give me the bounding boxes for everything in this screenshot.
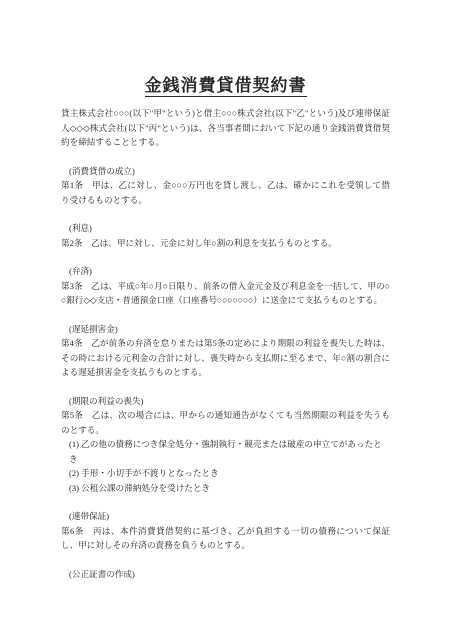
section-heading: (遅延損害金) [61,322,390,337]
section-repayment: (弁済) 第3条 乙は、平成○年○月○日限り、前条の借入金元金及び利息金を一括し… [61,264,390,308]
section-heading: (利息) [61,221,390,236]
clause-paragraph: 第2条 乙は、甲に対し、元金に対し年○割の利息を支払うものとする。 [61,236,390,251]
section-late-payment-damages: (遅延損害金) 第4条 乙が前条の弁済を怠りまたは第5条の定めにより期限の利益を… [61,322,390,380]
section-forfeiture-of-term-benefit: (期限の利益の喪失) 第5条 乙は、次の場合には、甲からの通知通告がなくても当然… [61,394,390,496]
clause-paragraph: 第6条 丙は、本件消費貸借契約に基づき、乙が負担する一切の債務について保証し、甲… [61,524,390,553]
section-heading: (期限の利益の喪失) [61,394,390,409]
section-joint-guarantee: (連帯保証) 第6条 丙は、本件消費貸借契約に基づき、乙が負担する一切の債務につ… [61,509,390,553]
clause-paragraph: 第1条 甲は、乙に対し、金○○○万円也を貸し渡し、乙は、確かにこれを受領して借り… [61,178,390,207]
clause-paragraph: 第5条 乙は、次の場合には、甲からの通知通告がなくても当然期限の利益を失うものと… [61,408,390,437]
section-notarial-deed: (公正証書の作成) [61,567,390,582]
section-heading: (弁済) [61,264,390,279]
document-title-text: 金銭消費貸借契約書 [145,76,307,97]
section-heading: (消費貸借の成立) [61,164,390,179]
clause-item: (3) 公租公課の滞納処分を受けたとき [61,481,390,496]
clause-paragraph: 第3条 乙は、平成○年○月○日限り、前条の借入金元金及び利息金を一括して、甲の○… [61,279,390,308]
contract-document-page: 金銭消費貸借契約書 貸主株式会社○○○(以下"甲"という)と借主○○○株式会社(… [0,0,450,636]
clause-item: (1) 乙の他の債務につき保全処分・強制執行・競売または破産の申立てがあったとき [61,437,390,466]
clause-item: (2) 手形・小切手が不渡りとなったとき [61,466,390,481]
section-heading: (連帯保証) [61,509,390,524]
section-heading: (公正証書の作成) [61,567,390,582]
intro-paragraph: 貸主株式会社○○○(以下"甲"という)と借主○○○株式会社(以下"乙"という)及… [61,106,390,150]
section-interest: (利息) 第2条 乙は、甲に対し、元金に対し年○割の利息を支払うものとする。 [61,221,390,250]
document-content: 金銭消費貸借契約書 貸主株式会社○○○(以下"甲"という)と借主○○○株式会社(… [61,74,390,581]
clause-paragraph: 第4条 乙が前条の弁済を怠りまたは第5条の定めにより期限の利益を喪失した時は、そ… [61,336,390,380]
document-title: 金銭消費貸借契約書 [61,74,390,98]
section-consumption-loan-formation: (消費貸借の成立) 第1条 甲は、乙に対し、金○○○万円也を貸し渡し、乙は、確か… [61,164,390,208]
